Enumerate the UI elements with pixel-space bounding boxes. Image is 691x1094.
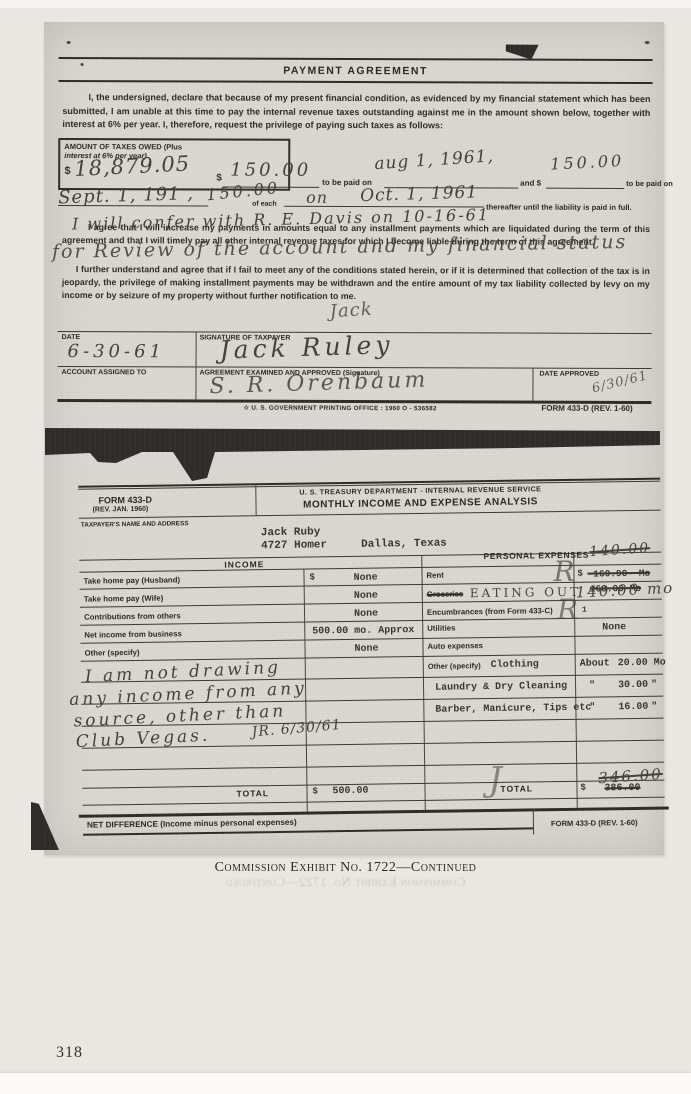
- encumbrance-mark: 1: [582, 606, 587, 615]
- expense-row-label: Rent: [426, 571, 443, 580]
- expense-row-label: Auto expenses: [427, 641, 483, 651]
- installment-1-handwritten: 150.00: [230, 160, 311, 181]
- expenses-total-struck: 386.00: [604, 783, 640, 795]
- rent-initial-handwritten: R: [553, 555, 576, 588]
- form2-title: MONTHLY INCOME AND EXPENSE ANALYSIS: [260, 496, 580, 511]
- currency-sign: $: [64, 166, 71, 178]
- exhibit-caption-bleedthrough: Commission Exhibit No. 1722—Continued: [0, 874, 691, 890]
- agreement-para3: I further understand and agree that if I…: [62, 263, 650, 305]
- ditto-mark: ": [651, 680, 657, 691]
- rule: [59, 80, 653, 84]
- installment-2-handwritten: 150.00: [550, 151, 625, 174]
- taxpayer-name-label: TAXPAYER'S NAME AND ADDRESS: [81, 520, 189, 529]
- rule: [532, 368, 533, 401]
- rule: [196, 331, 197, 366]
- form-title: PAYMENT AGREEMENT: [59, 64, 653, 78]
- ditto-mark: ": [589, 681, 595, 692]
- income-row-label: Other (specify): [84, 648, 139, 658]
- printed-text: of each: [252, 201, 277, 208]
- taxpayer-name: Jack Ruby: [261, 526, 321, 539]
- barber-label: Barber, Manicure, Tips etc: [435, 703, 591, 716]
- payment-agreement-form: PAYMENT AGREEMENT I, the undersigned, de…: [43, 21, 664, 443]
- net-difference-label: NET DIFFERENCE (Income minus personal ex…: [87, 818, 297, 830]
- scanned-book-page: { "page": { "number": "318", "caption": …: [0, 0, 691, 1094]
- groceries-label-struck: Groceries: [427, 589, 464, 599]
- fill-in-line: [546, 188, 624, 189]
- printed-text: thereafter until the liability is paid i…: [486, 202, 632, 212]
- on-handwritten: on: [306, 188, 328, 207]
- printed-text: and $: [520, 179, 541, 188]
- scanned-document-sheet: PAYMENT AGREEMENT I, the undersigned, de…: [44, 22, 664, 855]
- date-approved-handwritten: 6/30/61: [591, 368, 650, 396]
- total-initial-handwritten: J: [488, 760, 503, 800]
- currency-sign: $: [577, 569, 583, 579]
- currency-sign: $: [580, 783, 586, 793]
- amount-box-label: AMOUNT OF TAXES OWED (Plus: [64, 142, 182, 151]
- scan-speck: [645, 41, 650, 44]
- form2-footer-number: FORM 433-D (REV. 1-60): [551, 818, 638, 828]
- amount-owed-handwritten: 18,879.05: [74, 151, 191, 181]
- other-amount-prefix: About: [580, 658, 610, 669]
- income-expense-form: U. S. TREASURY DEPARTMENT - INTERNAL REV…: [60, 462, 669, 865]
- gpo-imprint: ☆ U. S. GOVERNMENT PRINTING OFFICE : 196…: [243, 405, 436, 413]
- expense-row-label: Encumbrances (from Form 433-C): [427, 606, 553, 617]
- scan-speck: [67, 41, 71, 44]
- other-expense-value: Clothing: [491, 659, 539, 671]
- barber-amount: 16.00: [618, 702, 648, 713]
- income-row-label: Net income from business: [84, 629, 182, 639]
- rule: [58, 366, 652, 369]
- date-approved-label: DATE APPROVED: [539, 371, 599, 378]
- income-row-label: Take home pay (Wife): [84, 594, 164, 604]
- taxpayer-street: 4727 Homer: [261, 539, 327, 552]
- form-number-footer: FORM 433-D (REV. 1-60): [541, 404, 632, 413]
- date-oct-handwritten: Oct. 1, 1961: [360, 182, 479, 206]
- date-handwritten: 6-30-61: [68, 341, 166, 362]
- expense-row-label: Other (specify): [428, 661, 481, 671]
- utilities-value: None: [602, 622, 626, 633]
- rent-amount-struck: -160.90- Mo: [587, 568, 650, 580]
- rule: [195, 366, 196, 399]
- income-row-label: Contributions from others: [84, 611, 181, 621]
- account-assigned-label: ACCOUNT ASSIGNED TO: [61, 369, 146, 376]
- scan-wedge-top: [506, 45, 539, 60]
- page-bottom-margin: [0, 1073, 691, 1094]
- income-row-value: 500.00 mo. Approx: [312, 625, 414, 637]
- rule: [255, 483, 256, 515]
- page-number: 318: [56, 1044, 83, 1062]
- taxpayer-city: Dallas, Texas: [361, 538, 447, 551]
- currency-sign: $: [309, 572, 315, 582]
- printed-text: to be paid on: [626, 179, 673, 188]
- expense-row-label: Utilities: [427, 623, 455, 632]
- rule: [79, 510, 661, 519]
- ditto-mark: ": [651, 702, 657, 713]
- currency-sign: $: [312, 786, 318, 796]
- form2-number: FORM 433-D: [98, 495, 152, 506]
- rule: [79, 807, 669, 818]
- rule: [421, 555, 426, 810]
- ditto-mark: ": [589, 703, 595, 714]
- encumbrance-initial-handwritten: R: [557, 593, 580, 626]
- income-row-value: None: [354, 591, 378, 602]
- income-row-value: None: [354, 644, 378, 655]
- income-row-label: Take home pay (Husband): [83, 575, 180, 585]
- laundry-amount: 30.00: [618, 680, 648, 691]
- taxpayer-signature-handwritten: Jack Ruley: [219, 330, 394, 364]
- income-row-value: None: [353, 573, 377, 584]
- income-row-value: None: [354, 609, 378, 620]
- date-label: DATE: [62, 334, 81, 341]
- expenses-total-label: TOTAL: [500, 783, 533, 793]
- date-1-handwritten: aug 1, 1961,: [374, 146, 495, 174]
- other-amount: 20.00 Mo: [618, 658, 666, 670]
- laundry-label: Laundry & Dry Cleaning: [435, 681, 567, 694]
- form2-revision: (REV. JAN. 1960): [93, 506, 149, 514]
- rule: [533, 808, 534, 834]
- rule: [59, 57, 653, 61]
- income-total-label: TOTAL: [236, 788, 269, 798]
- scan-wedge-bottom: [31, 802, 59, 850]
- income-total-value: 500.00: [332, 786, 368, 798]
- scribble-handwritten: Jack: [329, 299, 373, 323]
- agreement-intro: I, the undersigned, declare that because…: [62, 91, 650, 134]
- page-top-margin: [0, 0, 691, 8]
